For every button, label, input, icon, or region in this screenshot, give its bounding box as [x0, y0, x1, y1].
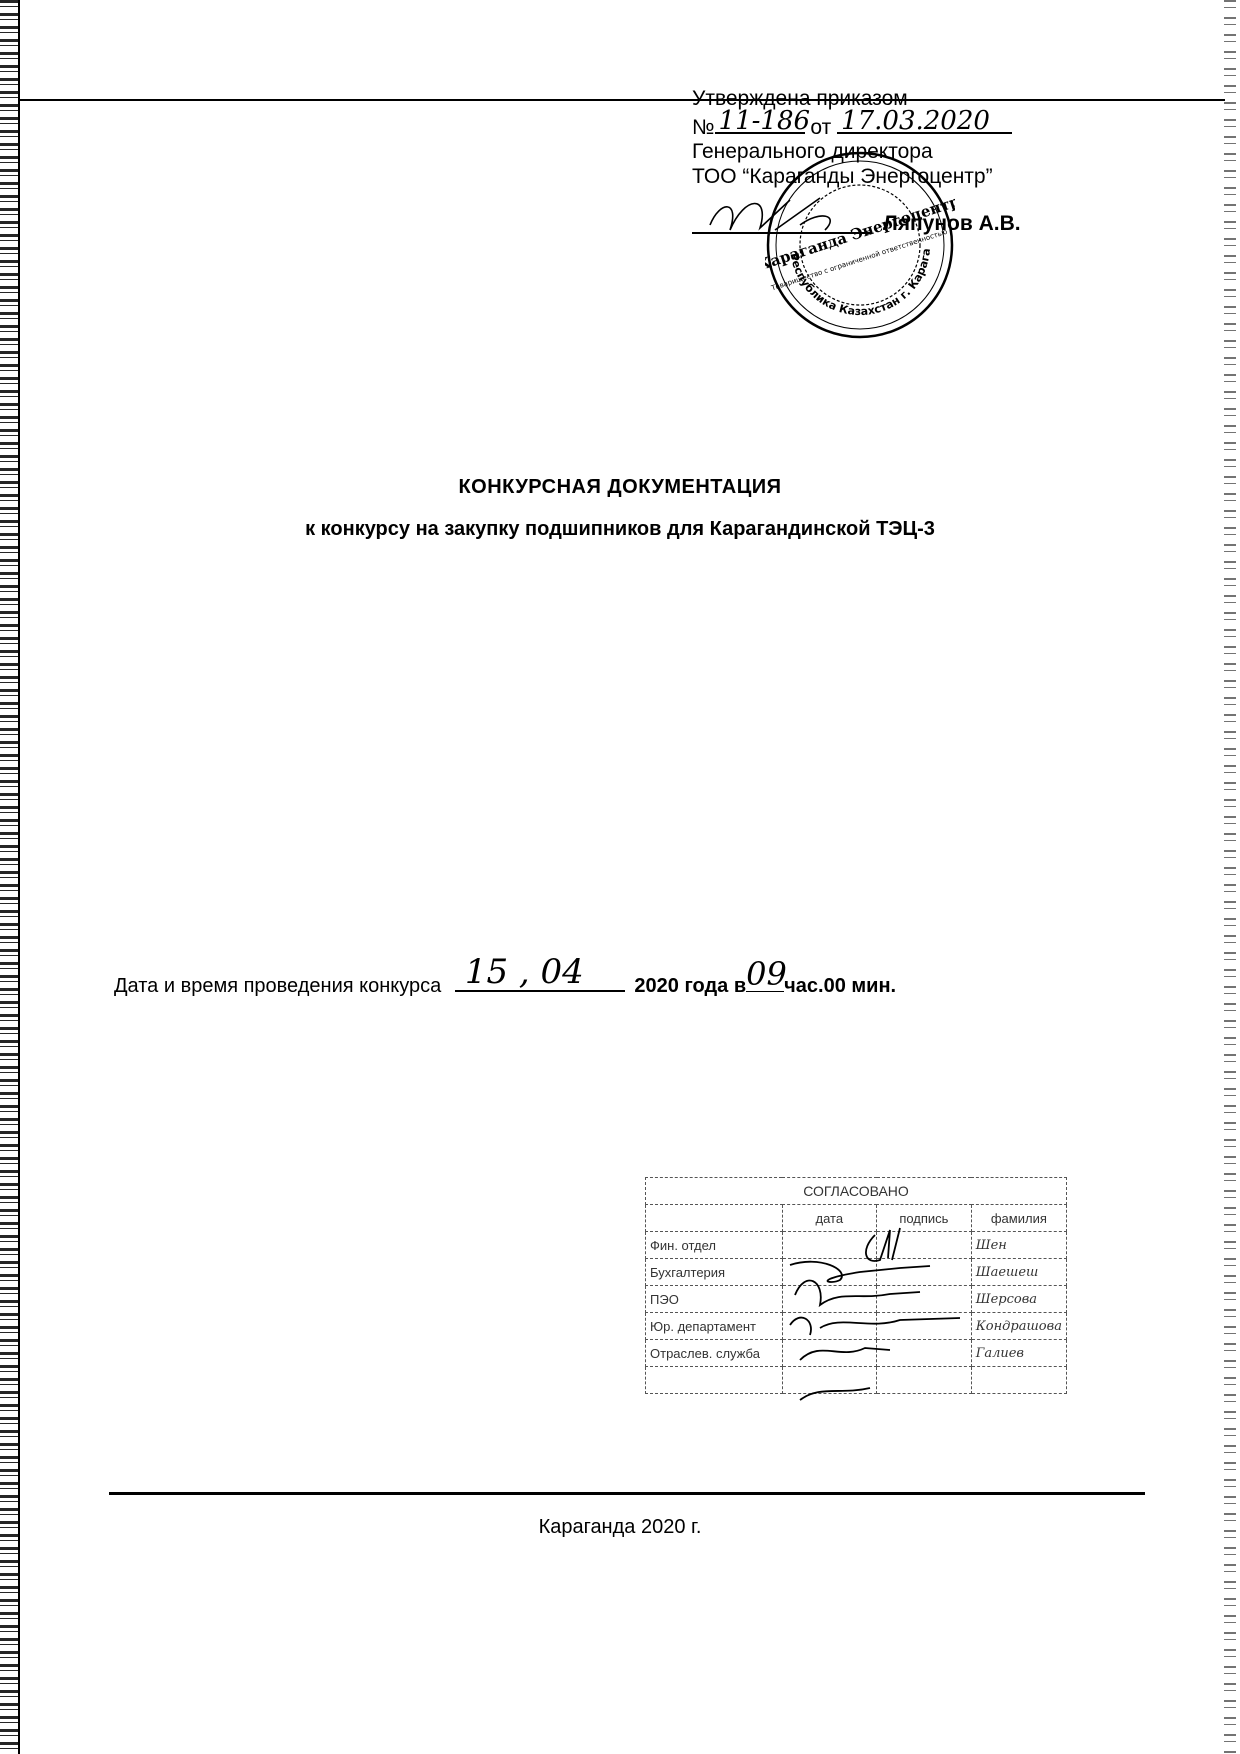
- order-date-handwritten: 17.03.2020: [841, 109, 990, 134]
- table-row: ПЭО Шерсова: [646, 1286, 1067, 1313]
- order-from-label: от: [810, 116, 831, 139]
- row-dept: Юр. департамент: [646, 1313, 783, 1340]
- scan-binding-strip-left: [0, 0, 20, 1754]
- year-text: 2020 года в: [634, 975, 746, 997]
- row-surname: Шен: [971, 1232, 1066, 1259]
- scan-edge-line-left: [18, 0, 20, 1754]
- order-number-handwritten: 11-186: [719, 109, 811, 134]
- hour-field: 09: [746, 969, 784, 992]
- city-year: Караганда 2020 г.: [0, 1516, 1240, 1539]
- column-header-surname: фамилия: [971, 1205, 1066, 1232]
- order-date-field: 17.03.2020: [837, 112, 1012, 134]
- row-signature: [877, 1313, 972, 1340]
- row-surname: Шерсова: [971, 1286, 1066, 1313]
- row-dept: [646, 1367, 783, 1394]
- company-seal-stamp: Республика Казахстан г. Караганда, район…: [765, 150, 955, 340]
- row-dept: Отраслев. служба: [646, 1340, 783, 1367]
- column-header-dept: [646, 1205, 783, 1232]
- approval-order-line: №11-186 от 17.03.2020: [692, 112, 1012, 141]
- row-date: [782, 1313, 877, 1340]
- scan-binding-strip-right: [1224, 0, 1236, 1754]
- table-row: Юр. департамент Кондрашова: [646, 1313, 1067, 1340]
- date-label: Дата и время проведения конкурса: [114, 975, 441, 997]
- document-title: КОНКУРСНАЯ ДОКУМЕНТАЦИЯ: [0, 476, 1240, 499]
- document-subtitle: к конкурсу на закупку подшипников для Ка…: [0, 518, 1240, 541]
- order-number-field: 11-186: [715, 112, 805, 134]
- row-dept: Фин. отдел: [646, 1232, 783, 1259]
- table-row: Фин. отдел Шен: [646, 1232, 1067, 1259]
- row-surname: Кондрашова: [971, 1313, 1066, 1340]
- row-date: [782, 1340, 877, 1367]
- row-signature: [877, 1367, 972, 1394]
- time-suffix: час.00 мин.: [784, 975, 896, 997]
- top-horizontal-rule: [20, 99, 1225, 101]
- approval-table-header: дата подпись фамилия: [646, 1205, 1067, 1232]
- row-surname: Шаешеш: [971, 1259, 1066, 1286]
- approval-table: СОГЛАСОВАНО дата подпись фамилия Фин. от…: [645, 1177, 1067, 1394]
- row-signature: [877, 1232, 972, 1259]
- row-signature: [877, 1340, 972, 1367]
- approval-table-title: СОГЛАСОВАНО: [646, 1178, 1067, 1205]
- row-signature: [877, 1259, 972, 1286]
- row-surname: [971, 1367, 1066, 1394]
- date-handwritten: 15 , 04: [465, 952, 584, 992]
- bottom-horizontal-rule: [109, 1492, 1145, 1495]
- order-number-prefix: №: [692, 116, 715, 139]
- row-date: [782, 1232, 877, 1259]
- column-header-signature: подпись: [877, 1205, 972, 1232]
- row-date: [782, 1367, 877, 1394]
- hour-handwritten: 09: [746, 955, 787, 993]
- row-date: [782, 1286, 877, 1313]
- table-row: Бухгалтерия Шаешеш: [646, 1259, 1067, 1286]
- row-signature: [877, 1286, 972, 1313]
- date-field: 15 , 04: [455, 968, 625, 992]
- row-date: [782, 1259, 877, 1286]
- row-dept: Бухгалтерия: [646, 1259, 783, 1286]
- table-row: [646, 1367, 1067, 1394]
- row-surname: Галиев: [971, 1340, 1066, 1367]
- table-row: Отраслев. служба Галиев: [646, 1340, 1067, 1367]
- competition-date-row: Дата и время проведения конкурса 15 , 04…: [114, 968, 896, 998]
- column-header-date: дата: [782, 1205, 877, 1232]
- row-dept: ПЭО: [646, 1286, 783, 1313]
